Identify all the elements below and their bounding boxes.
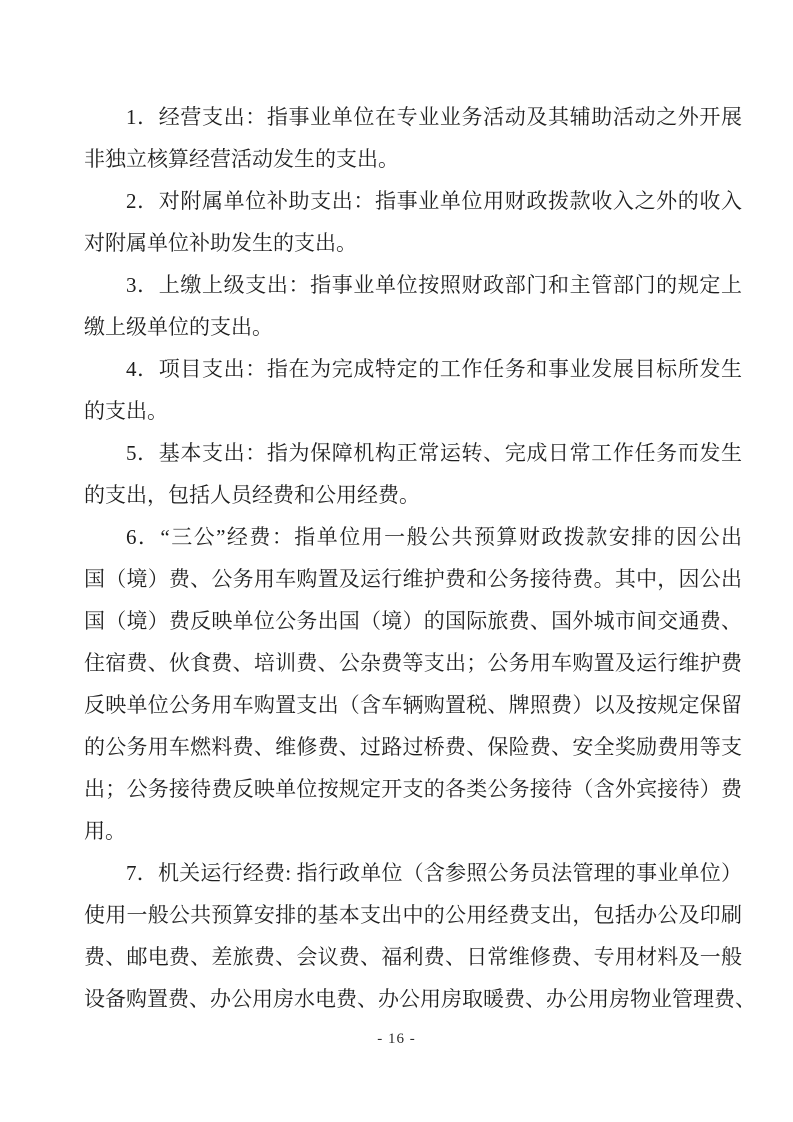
text-line: 出；公务接待费反映单位按规定开支的各类公务接待（含外宾接待）费 <box>84 768 742 810</box>
page-footer: - 16 - <box>0 1031 793 1048</box>
page-number: - 16 - <box>377 1031 416 1047</box>
text-line: 1．经营支出：指事业单位在专业业务活动及其辅助活动之外开展 <box>84 96 742 138</box>
text-line: 5．基本支出：指为保障机构正常运转、完成日常工作任务而发生 <box>84 432 742 474</box>
document-body: 1．经营支出：指事业单位在专业业务活动及其辅助活动之外开展非独立核算经营活动发生… <box>84 96 742 1020</box>
text-line: 反映单位公务用车购置支出（含车辆购置税、牌照费）以及按规定保留 <box>84 684 742 726</box>
text-line: 7．机关运行经费: 指行政单位（含参照公务员法管理的事业单位） <box>84 852 742 894</box>
text-line: 的支出，包括人员经费和公用经费。 <box>84 474 742 516</box>
document-page: 1．经营支出：指事业单位在专业业务活动及其辅助活动之外开展非独立核算经营活动发生… <box>0 0 793 1122</box>
text-line: 2．对附属单位补助支出：指事业单位用财政拨款收入之外的收入 <box>84 180 742 222</box>
text-line: 4．项目支出：指在为完成特定的工作任务和事业发展目标所发生 <box>84 348 742 390</box>
text-line: 3．上缴上级支出：指事业单位按照财政部门和主管部门的规定上 <box>84 264 742 306</box>
text-line: 使用一般公共预算安排的基本支出中的公用经费支出，包括办公及印刷 <box>84 894 742 936</box>
text-line: 费、邮电费、差旅费、会议费、福利费、日常维修费、专用材料及一般 <box>84 936 742 978</box>
text-line: 的支出。 <box>84 390 742 432</box>
text-line: 对附属单位补助发生的支出。 <box>84 222 742 264</box>
text-line: 的公务用车燃料费、维修费、过路过桥费、保险费、安全奖励费用等支 <box>84 726 742 768</box>
text-line: 设备购置费、办公用房水电费、办公用房取暖费、办公用房物业管理费、 <box>84 978 742 1020</box>
text-line: 国（境）费反映单位公务出国（境）的国际旅费、国外城市间交通费、 <box>84 600 742 642</box>
text-line: 用。 <box>84 810 742 852</box>
text-line: 6．“三公”经费：指单位用一般公共预算财政拨款安排的因公出 <box>84 516 742 558</box>
text-line: 国（境）费、公务用车购置及运行维护费和公务接待费。其中，因公出 <box>84 558 742 600</box>
text-line: 住宿费、伙食费、培训费、公杂费等支出；公务用车购置及运行维护费 <box>84 642 742 684</box>
text-line: 缴上级单位的支出。 <box>84 306 742 348</box>
text-line: 非独立核算经营活动发生的支出。 <box>84 138 742 180</box>
